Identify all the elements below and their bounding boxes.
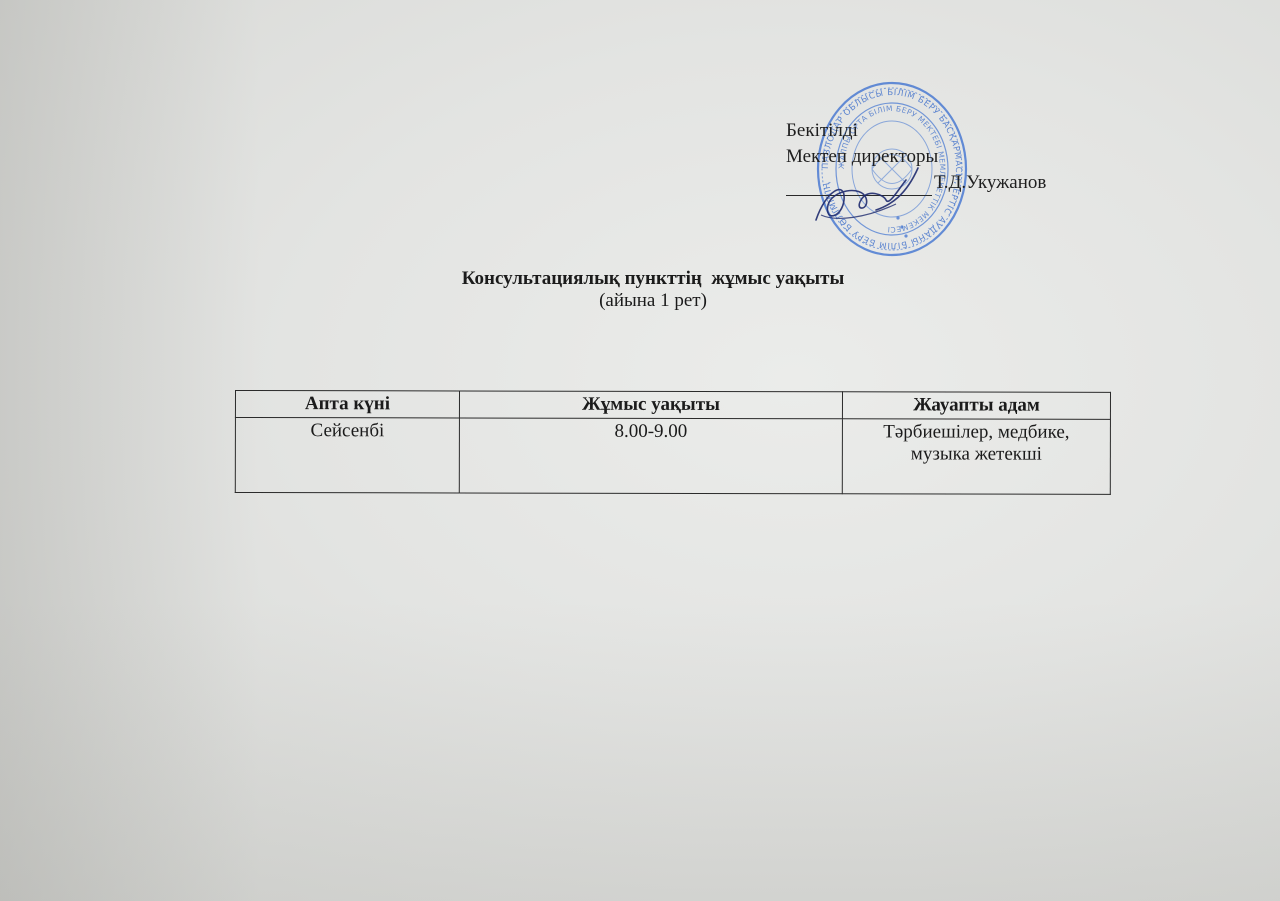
table-header-row: Апта күні Жұмыс уақыты Жауапты адам <box>235 391 1110 420</box>
header-responsible: Жауапты адам <box>842 392 1110 420</box>
responsible-line-2: музыка жетекші <box>847 443 1106 466</box>
header-work-time: Жұмыс уақыты <box>459 391 842 419</box>
table-row: Сейсенбі 8.00-9.00 Тәрбиешілер, медбике,… <box>235 418 1110 495</box>
document-subtitle: (айына 1 рет) <box>0 290 1280 312</box>
handwritten-signature-icon <box>806 160 921 235</box>
document-title: Консультациялық пункттің жұмыс уақыты <box>0 268 1280 290</box>
document-heading: Консультациялық пункттің жұмыс уақыты (а… <box>0 268 1280 312</box>
header-weekday: Апта күні <box>235 391 459 418</box>
paper-shadow-left <box>0 0 260 901</box>
cell-work-time: 8.00-9.00 <box>459 418 842 494</box>
paper-shadow-bottom <box>0 601 1280 901</box>
cell-responsible: Тәрбиешілер, медбике, музыка жетекші <box>842 419 1110 495</box>
signatory-name: Т.Д.Укужанов <box>934 170 1046 196</box>
schedule-table: Апта күні Жұмыс уақыты Жауапты адам Сейс… <box>235 390 1111 495</box>
approval-label: Бекітілді <box>786 118 1046 144</box>
responsible-line-1: Тәрбиешілер, медбике, <box>847 421 1106 444</box>
cell-weekday: Сейсенбі <box>235 418 459 493</box>
